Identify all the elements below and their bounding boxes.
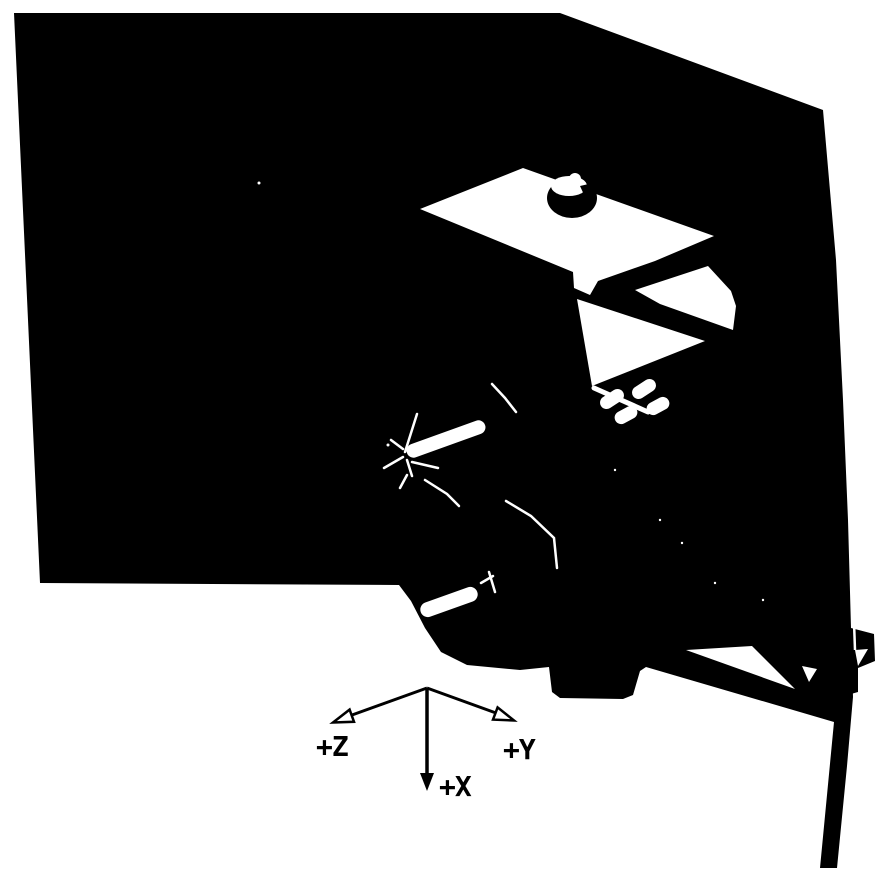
axis-label-x: +X <box>439 773 471 801</box>
satellite-line-art <box>0 0 886 885</box>
feed-strut-speck <box>387 444 390 447</box>
antenna-feed-knob-top <box>569 173 581 185</box>
figure-canvas: +Z +Y +X <box>0 0 886 885</box>
axis-label-z: +Z <box>316 733 348 761</box>
bracket-gap-highlight <box>854 622 855 650</box>
axis-label-y: +Y <box>503 736 535 764</box>
